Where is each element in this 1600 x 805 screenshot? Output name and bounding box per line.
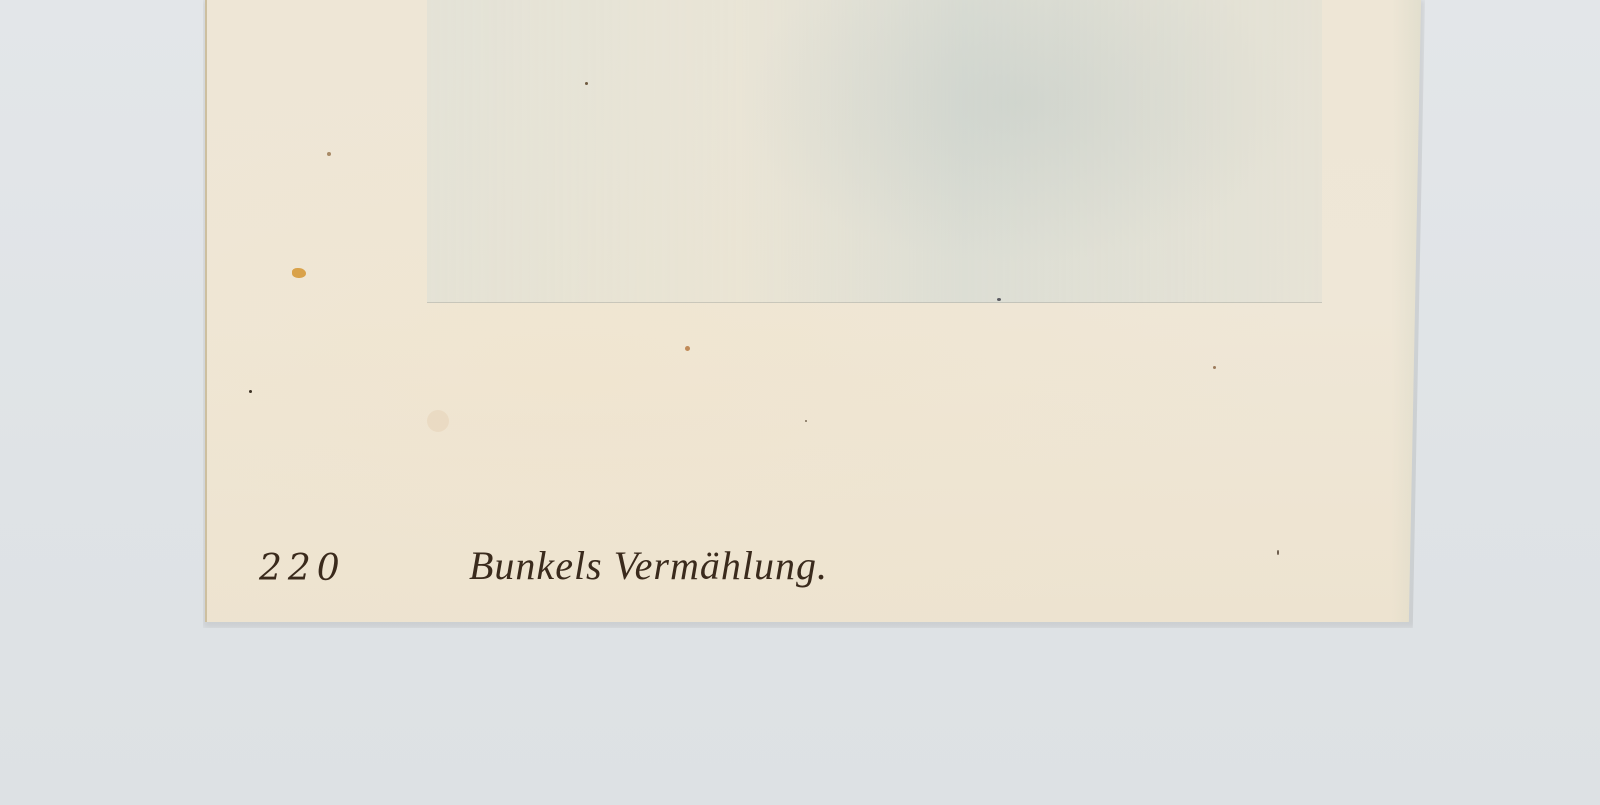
catalog-number: 220 [259, 548, 346, 589]
speck [997, 298, 1001, 301]
foxing-stain [292, 268, 306, 278]
plate-mark [427, 0, 1322, 303]
handwritten-inscription: 220 Bunkels Vermählung. [207, 538, 1421, 608]
speck [805, 420, 807, 422]
speck [685, 346, 690, 351]
paper-sheet: 220 Bunkels Vermählung. [205, 0, 1421, 622]
inscription-title: Bunkels Vermählung. [469, 542, 828, 589]
speck [327, 152, 331, 156]
speck [585, 82, 588, 85]
faded-print-image [737, 0, 1297, 265]
speck [249, 390, 252, 393]
speck [1213, 366, 1216, 369]
speck [427, 410, 449, 432]
